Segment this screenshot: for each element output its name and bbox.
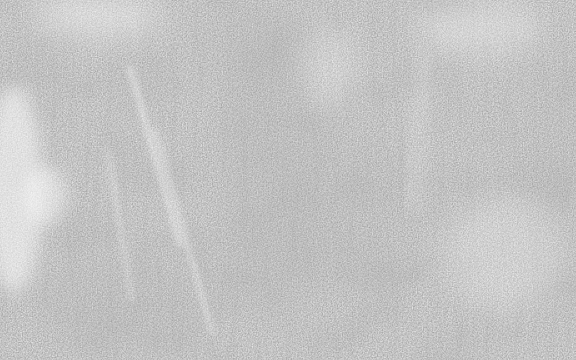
stain-patch	[35, 252, 205, 348]
texture-svg	[0, 0, 576, 360]
light-patch	[26, 166, 66, 226]
stain-patch	[195, 5, 305, 75]
light-patch	[418, 2, 542, 54]
stain-patch	[292, 130, 412, 300]
grunge-texture-image	[0, 0, 576, 360]
light-patch	[445, 200, 565, 310]
light-patch	[306, 28, 354, 108]
